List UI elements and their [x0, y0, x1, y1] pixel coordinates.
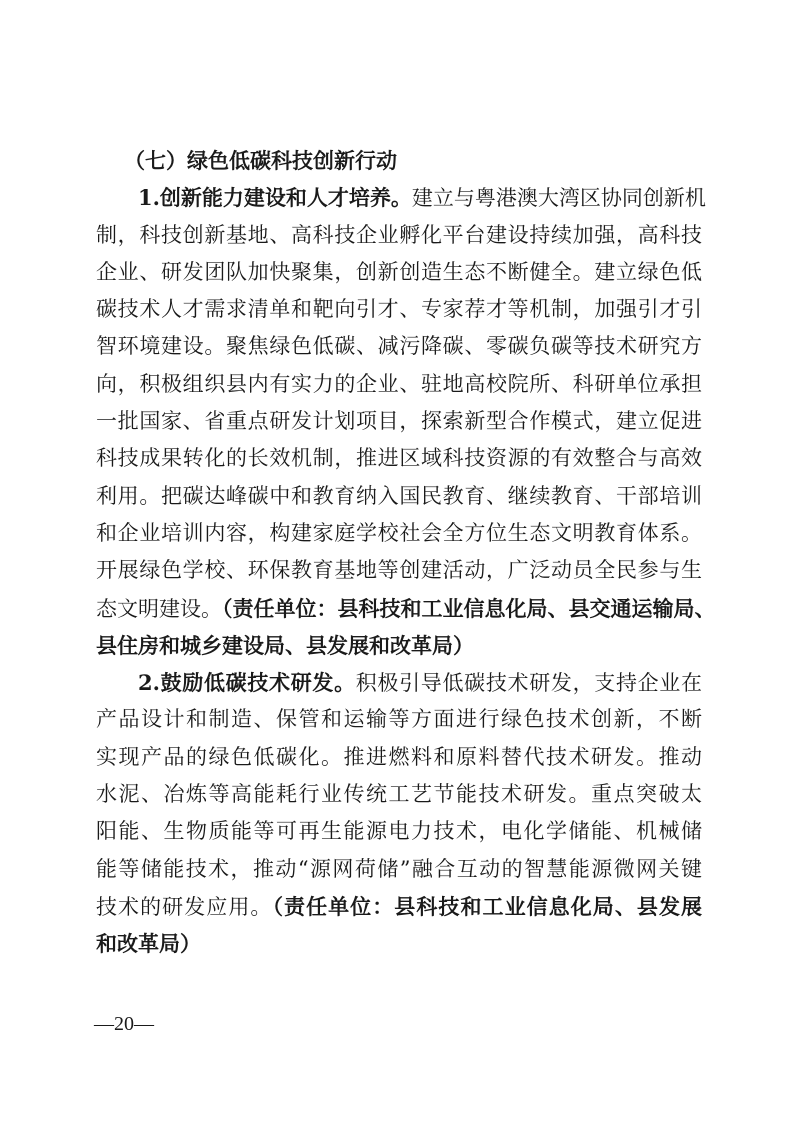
paragraph-1-line-10: 和企业培训内容，构建家庭学校社会全方位生态文明教育体系。: [96, 515, 702, 552]
paragraph-1-line-6: 向，积极组织县内有实力的企业、驻地高校院所、科研单位承担: [96, 366, 702, 403]
paragraph-1-title: 1.创新能力建设和人才培养。: [138, 185, 412, 210]
document-page: （七）绿色低碳科技创新行动 1.创新能力建设和人才培养。建立与粤港澳大湾区协同创…: [96, 142, 702, 963]
paragraph-2-line-3: 实现产品的绿色低碳化。推进燃料和原料替代技术研发。推动: [96, 739, 702, 776]
paragraph-1-line-7: 一批国家、省重点研发计划项目，探索新型合作模式，建立促进: [96, 403, 702, 440]
paragraph-2-line-7: 技术的研发应用。（责任单位：县科技和工业信息化局、县发展: [96, 888, 702, 925]
paragraph-2-line-6: 能等储能技术，推动“源网荷储”融合互动的智慧能源微网关键: [96, 851, 702, 888]
paragraph-1-line-3: 企业、研发团队加快聚集，创新创造生态不断健全。建立绿色低: [96, 254, 702, 291]
section-heading: （七）绿色低碳科技创新行动: [96, 142, 702, 179]
page-number: —20—: [94, 1013, 154, 1036]
paragraph-2-line-2: 产品设计和制造、保管和运输等方面进行绿色技术创新，不断: [96, 701, 702, 738]
paragraph-1-line-8: 科技成果转化的长效机制，推进区域科技资源的有效整合与高效: [96, 440, 702, 477]
paragraph-2-line-4: 水泥、冶炼等高能耗行业传统工艺节能技术研发。重点突破太: [96, 776, 702, 813]
paragraph-1-line-9: 利用。把碳达峰碳中和教育纳入国民教育、继续教育、干部培训: [96, 478, 702, 515]
paragraph-2-line-1: 2.鼓励低碳技术研发。积极引导低碳技术研发，支持企业在: [96, 664, 702, 701]
paragraph-2-responsibility: （责任单位：县科技和工业信息化局、县发展: [272, 894, 702, 919]
paragraph-1-line-2: 制，科技创新基地、高科技企业孵化平台建设持续加强，高科技: [96, 217, 702, 254]
paragraph-2-title: 2.鼓励低碳技术研发。: [138, 670, 356, 695]
paragraph-2-text: 积极引导低碳技术研发，支持企业在: [356, 671, 702, 695]
paragraph-1-text: 建立与粤港澳大湾区协同创新机: [412, 186, 706, 210]
paragraph-1-responsibility-cont: 县住房和城乡建设局、县发展和改革局）: [96, 627, 702, 664]
paragraph-1-line-5: 智环境建设。聚焦绿色低碳、减污降碳、零碳负碳等技术研究方: [96, 328, 702, 365]
paragraph-1-line-11: 开展绿色学校、环保教育基地等创建活动，广泛动员全民参与生: [96, 552, 702, 589]
paragraph-2-text-end: 技术的研发应用。: [96, 895, 272, 919]
paragraph-1-line-4: 碳技术人才需求清单和靶向引才、专家荐才等机制，加强引才引: [96, 291, 702, 328]
paragraph-1-line-1: 1.创新能力建设和人才培养。建立与粤港澳大湾区协同创新机: [96, 179, 702, 216]
paragraph-1-text-end: 态文明建设。: [96, 597, 222, 621]
paragraph-2-line-5: 阳能、生物质能等可再生能源电力技术，电化学储能、机械储: [96, 813, 702, 850]
paragraph-1-line-12: 态文明建设。（责任单位：县科技和工业信息化局、县交通运输局、: [96, 590, 702, 627]
paragraph-1-responsibility: （责任单位：县科技和工业信息化局、县交通运输局、: [222, 596, 716, 621]
paragraph-2-responsibility-cont: 和改革局）: [96, 925, 702, 962]
